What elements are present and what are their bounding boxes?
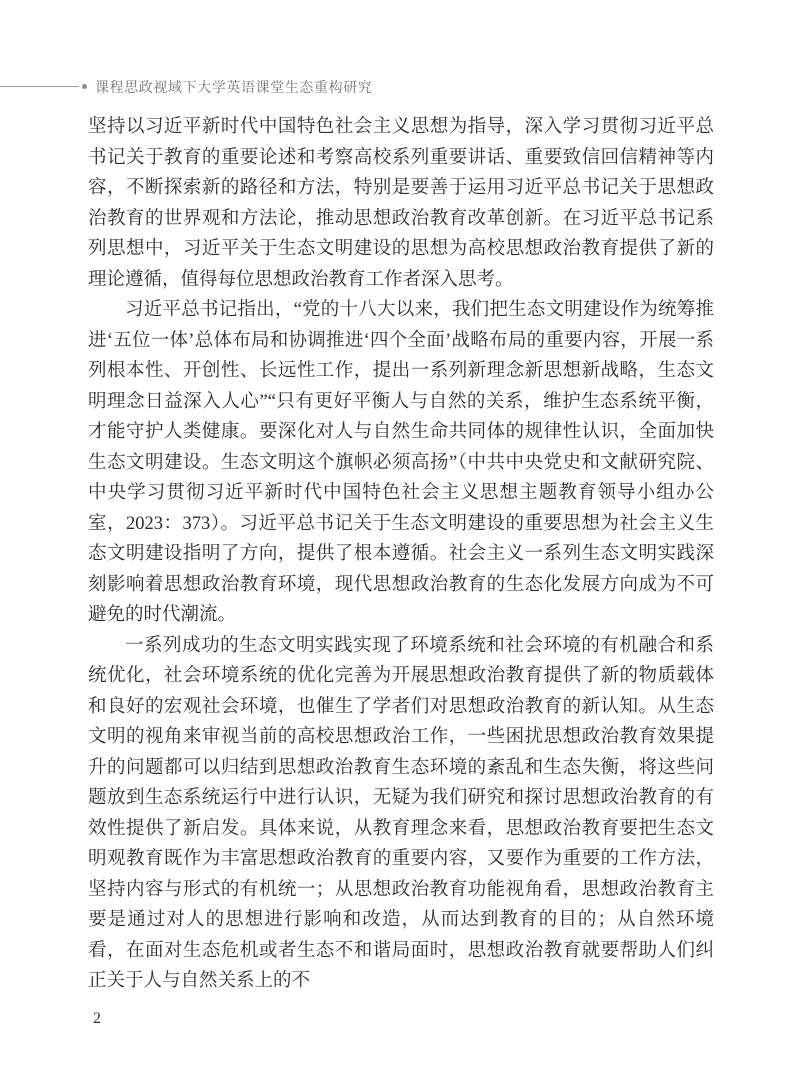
book-page: 课程思政视域下大学英语课堂生态重构研究 坚持以习近平新时代中国特色社会主义思想为… (0, 0, 799, 1082)
header-rule-line (0, 86, 79, 87)
paragraph: 一系列成功的生态文明实践实现了环境系统和社会环境的有机融合和系统优化，社会环境系… (88, 631, 714, 997)
body-text-block: 坚持以习近平新时代中国特色社会主义思想为指导，深入学习贯彻习近平总书记关于教育的… (88, 112, 714, 997)
header-bullet-dot-icon (82, 84, 87, 89)
page-number: 2 (93, 1008, 101, 1030)
running-header: 课程思政视域下大学英语课堂生态重构研究 (0, 76, 799, 98)
paragraph-continuation: 坚持以习近平新时代中国特色社会主义思想为指导，深入学习贯彻习近平总书记关于教育的… (88, 112, 714, 295)
paragraph: 习近平总书记指出，“党的十八大以来，我们把生态文明建设作为统筹推进‘五位一体’总… (88, 295, 714, 631)
running-header-title: 课程思政视域下大学英语课堂生态重构研究 (95, 76, 372, 98)
